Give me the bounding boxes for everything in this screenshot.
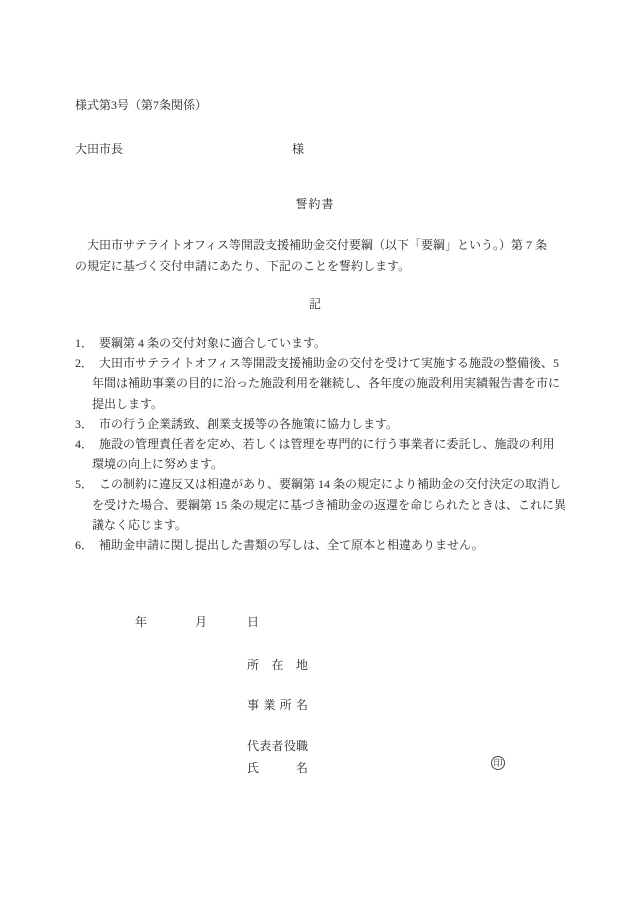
pledge-document-page: 様式第3号（第7条関係） 大田市長 様 誓約書 大田市サテライトオフィス等開設支… bbox=[0, 0, 630, 903]
pledge-item: 3．市の行う企業誘致、創業支援等の各施策に協力します。 bbox=[75, 414, 575, 434]
pledge-item-list: 1．要綱第 4 条の交付対象に適合しています。 2．大田市サテライトオフィス等開… bbox=[75, 333, 575, 555]
signature-representative-row: 代表者役職 bbox=[247, 737, 308, 754]
pledge-item: 2．大田市サテライトオフィス等開設支援補助金の交付を受けて実施する施設の整備後、… bbox=[75, 353, 575, 414]
item-line: 議なく応じます。 bbox=[75, 515, 575, 535]
office-name-label: 事業所名 bbox=[247, 696, 308, 713]
item-number: 5． bbox=[75, 474, 99, 494]
signature-name-row: 氏名 bbox=[247, 759, 308, 776]
signature-office-row: 事業所名 bbox=[247, 696, 308, 713]
intro-paragraph: 大田市サテライトオフィス等開設支援補助金交付要綱（以下「要綱」という。）第 7 … bbox=[75, 235, 557, 277]
intro-line: 大田市サテライトオフィス等開設支援補助金交付要綱（以下「要綱」という。）第 7 … bbox=[75, 235, 557, 256]
record-heading: 記 bbox=[0, 295, 630, 312]
intro-line: の規定に基づく交付申請にあたり、下記のことを誓約します。 bbox=[75, 256, 557, 277]
item-line: 大田市サテライトオフィス等開設支援補助金の交付を受けて実施する施設の整備後、5 bbox=[99, 356, 559, 370]
item-line: 年間は補助事業の目的に沿った施設利用を継続し、各年度の施設利用実績報告書を市に bbox=[75, 373, 575, 393]
item-number: 4． bbox=[75, 434, 99, 454]
seal-mark: 印 bbox=[491, 756, 505, 770]
item-line: を受けた場合、要綱第 15 条の規定に基づき補助金の返還を命じられたときは、これ… bbox=[75, 495, 575, 515]
pledge-item: 1．要綱第 4 条の交付対象に適合しています。 bbox=[75, 333, 575, 353]
pledge-item: 5．この制約に違反又は相違があり、要綱第 14 条の規定により補助金の交付決定の… bbox=[75, 474, 575, 535]
representative-title-label: 代表者役職 bbox=[247, 737, 308, 754]
addressee-name: 大田市長 bbox=[75, 142, 123, 156]
item-line: 施設の管理責任者を定め、若しくは管理を専門的に行う事業者に委託し、施設の利用 bbox=[99, 437, 555, 451]
month-label: 月 bbox=[195, 615, 207, 629]
addressee-honorific: 様 bbox=[292, 140, 304, 157]
item-line: 要綱第 4 条の交付対象に適合しています。 bbox=[99, 336, 326, 350]
addressee-row: 大田市長 様 bbox=[75, 140, 555, 157]
date-line: 年月日 bbox=[135, 613, 259, 630]
item-line: この制約に違反又は相違があり、要綱第 14 条の規定により補助金の交付決定の取消… bbox=[99, 477, 561, 491]
address-label: 所在地 bbox=[247, 656, 308, 673]
item-number: 2． bbox=[75, 353, 99, 373]
pledge-item: 6．補助金申請に関し提出した書類の写しは、全て原本と相違ありません。 bbox=[75, 535, 575, 555]
item-line: 提出します。 bbox=[75, 394, 575, 414]
item-number: 1． bbox=[75, 333, 99, 353]
item-line: 補助金申請に関し提出した書類の写しは、全て原本と相違ありません。 bbox=[99, 538, 484, 552]
day-label: 日 bbox=[247, 615, 259, 629]
item-number: 6． bbox=[75, 535, 99, 555]
form-number-label: 様式第3号（第7条関係） bbox=[75, 96, 207, 113]
signature-address-row: 所在地 bbox=[247, 656, 308, 673]
year-label: 年 bbox=[135, 615, 147, 629]
item-line: 市の行う企業誘致、創業支援等の各施策に協力します。 bbox=[99, 417, 398, 431]
pledge-item: 4．施設の管理責任者を定め、若しくは管理を専門的に行う事業者に委託し、施設の利用… bbox=[75, 434, 575, 474]
name-label: 氏名 bbox=[247, 759, 308, 776]
document-title: 誓約書 bbox=[0, 195, 630, 212]
item-number: 3． bbox=[75, 414, 99, 434]
item-line: 環境の向上に努めます。 bbox=[75, 454, 575, 474]
